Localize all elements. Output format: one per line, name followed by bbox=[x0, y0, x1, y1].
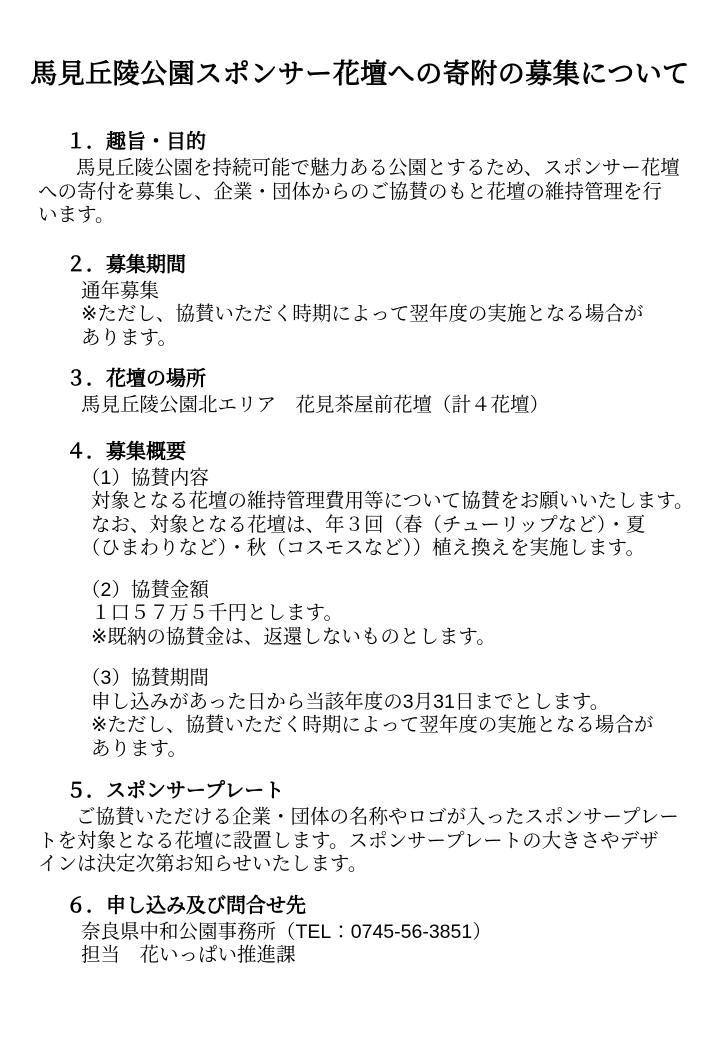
text-line: トを対象となる花壇に設置します。スポンサープレートの大きさやデザ bbox=[38, 830, 720, 854]
section-recruitment-period: ２．募集期間 通年募集※ただし、協賛いただく時期によって翌年度の実施となる場合が… bbox=[0, 252, 720, 351]
section-heading: ５．スポンサープレート bbox=[66, 778, 720, 804]
text-line: （1）協賛内容 bbox=[81, 467, 720, 491]
text-line: ※ただし、協賛いただく時期によって翌年度の実施となる場合が bbox=[81, 303, 720, 327]
text-line: インは決定次第お知らせいたします。 bbox=[38, 853, 720, 877]
section-body: 通年募集※ただし、協賛いただく時期によって翌年度の実施となる場合があります。 bbox=[0, 280, 720, 351]
section-overview: ４．募集概要 （1）協賛内容対象となる花壇の維持管理費用等について協賛をお願いい… bbox=[0, 439, 720, 762]
text-line: ※ただし、協賛いただく時期によって翌年度の実施となる場合が bbox=[91, 714, 720, 738]
text-line: 担当 花いっぱい推進課 bbox=[81, 944, 720, 968]
section-flowerbed-location: ３．花壇の場所 馬見丘陵公園北エリア 花見茶屋前花壇（計４花壇） bbox=[0, 366, 720, 418]
text-line: 奈良県中和公園事務所（TEL：0745-56-3851） bbox=[81, 921, 720, 945]
text-line: 通年募集 bbox=[81, 280, 720, 304]
text-line: あります。 bbox=[81, 327, 720, 351]
text-line: います。 bbox=[38, 204, 720, 228]
section-body: 馬見丘陵公園北エリア 花見茶屋前花壇（計４花壇） bbox=[0, 394, 720, 418]
page-title: 馬見丘陵公園スポンサー花壇への寄附の募集について bbox=[0, 57, 720, 92]
text-line: （2）協賛金額 bbox=[81, 579, 720, 603]
text-line: 申し込みがあった日から当該年度の3月31日までとします。 bbox=[91, 691, 720, 715]
text-line: への寄付を募集し、企業・団体からのご協賛のもと花壇の維持管理を行 bbox=[38, 181, 720, 205]
text-line: ※既納の協賛金は、返還しないものとします。 bbox=[91, 626, 720, 650]
section-heading: ３．花壇の場所 bbox=[66, 366, 720, 392]
text-line: （3）協賛期間 bbox=[81, 667, 720, 691]
text-line: ご協賛いただける企業・団体の名称やロゴが入ったスポンサープレー bbox=[76, 806, 720, 830]
section-heading: １．趣旨・目的 bbox=[66, 129, 720, 155]
text-line: １口５７万５千円とします。 bbox=[91, 602, 720, 626]
document-page: 馬見丘陵公園スポンサー花壇への寄附の募集について １．趣旨・目的 馬見丘陵公園を… bbox=[0, 0, 720, 1040]
blank-line bbox=[81, 649, 720, 667]
text-line: 馬見丘陵公園を持続可能で魅力ある公園とするため、スポンサー花壇 bbox=[76, 157, 720, 181]
section-body: ご協賛いただける企業・団体の名称やロゴが入ったスポンサープレートを対象となる花壇… bbox=[0, 806, 720, 877]
section-heading: ２．募集期間 bbox=[66, 252, 720, 278]
section-purpose: １．趣旨・目的 馬見丘陵公園を持続可能で魅力ある公園とするため、スポンサー花壇へ… bbox=[0, 129, 720, 228]
section-body: （1）協賛内容対象となる花壇の維持管理費用等について協賛をお願いいたします。なお… bbox=[0, 467, 720, 762]
blank-line bbox=[81, 561, 720, 579]
section-body: 奈良県中和公園事務所（TEL：0745-56-3851）担当 花いっぱい推進課 bbox=[0, 921, 720, 968]
section-body: 馬見丘陵公園を持続可能で魅力ある公園とするため、スポンサー花壇への寄付を募集し、… bbox=[0, 157, 720, 228]
text-line: あります。 bbox=[91, 738, 720, 762]
text-line: なお、対象となる花壇は、年３回（春（チューリップなど）・夏 bbox=[91, 514, 720, 538]
section-contact: ６．申し込み及び問合せ先 奈良県中和公園事務所（TEL：0745-56-3851… bbox=[0, 893, 720, 968]
text-line: 馬見丘陵公園北エリア 花見茶屋前花壇（計４花壇） bbox=[81, 394, 720, 418]
section-heading: ４．募集概要 bbox=[66, 439, 720, 465]
text-line: 対象となる花壇の維持管理費用等について協賛をお願いいたします。 bbox=[91, 490, 720, 514]
section-sponsor-plate: ５．スポンサープレート ご協賛いただける企業・団体の名称やロゴが入ったスポンサー… bbox=[0, 778, 720, 877]
text-line: （ひまわりなど）・秋（コスモスなど））植え換えを実施します。 bbox=[81, 537, 720, 561]
section-heading: ６．申し込み及び問合せ先 bbox=[66, 893, 720, 919]
